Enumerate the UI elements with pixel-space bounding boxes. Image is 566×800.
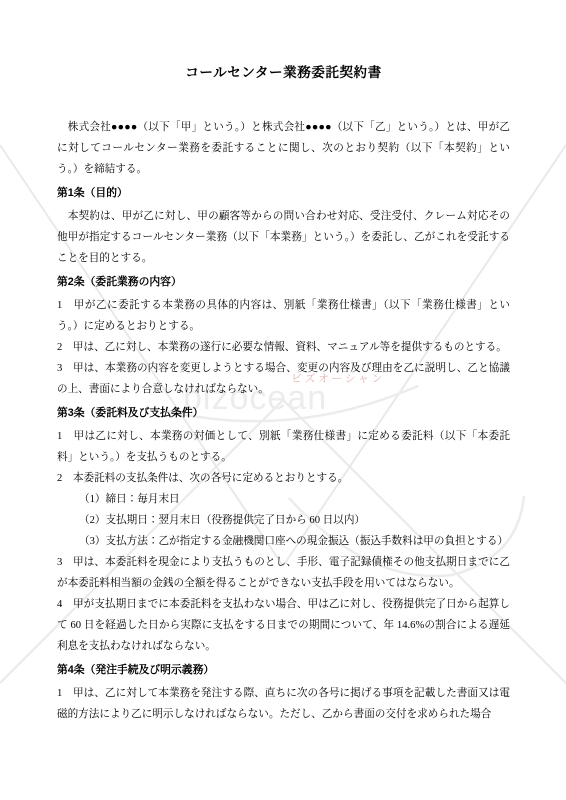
contract-title: コールセンター業務委託契約書 [57,62,510,83]
article-4-paragraph-1: 1 甲は、乙に対して本業務を発注する際、直ちに次の各号に掲げる事項を記載した書面… [57,683,510,725]
article-3-paragraph-4: 4 甲が支払期日までに本委託料を支払わない場合、甲は乙に対し、役務提供完了日から… [57,594,510,657]
article-3-paragraph-3: 3 甲は、本委託料を現金により支払うものとし、手形、電子記録債権その他支払期日ま… [57,552,510,594]
article-1-paragraph: 本契約は、甲が乙に対し、甲の顧客等からの問い合わせ対応、受注受付、クレーム対応そ… [57,206,510,269]
article-3-paragraph-1: 1 甲は乙に対し、本業務の対価として、別紙「業務仕様書」に定める委託料（以下「本… [57,426,510,468]
article-3-item-3: （3）支払方法：乙が指定する金融機関口座への現金振込（振込手数料は甲の負担とする… [57,531,510,552]
article-3-heading: 第3条（委託料及び支払条件） [57,403,510,424]
article-3-paragraph-2: 2 本委託料の支払条件は、次の各号に定めるとおりとする。 [57,468,510,489]
article-4-heading: 第4条（発注手続及び明示義務） [57,660,510,681]
contract-document-page: ビズオーシャン bizocean コールセンター業務委託契約書 株式会社●●●●… [0,0,566,800]
article-1-heading: 第1条（目的） [57,183,510,204]
contract-intro-paragraph: 株式会社●●●●（以下「甲」という。）と株式会社●●●●（以下「乙」という。）と… [57,117,510,180]
article-2-paragraph-1: 1 甲が乙に委託する本業務の具体的内容は、別紙「業務仕様書」（以下「業務仕様書」… [57,295,510,337]
article-3-item-2: （2）支払期日：翌月末日（役務提供完了日から 60 日以内） [57,510,510,531]
contract-body: コールセンター業務委託契約書 株式会社●●●●（以下「甲」という。）と株式会社●… [0,0,566,800]
article-2-paragraph-2: 2 甲は、乙に対し、本業務の遂行に必要な情報、資料、マニュアル等を提供するものと… [57,337,510,358]
article-2-heading: 第2条（委託業務の内容） [57,272,510,293]
article-3-item-1: （1）締日：毎月末日 [57,489,510,510]
article-2-paragraph-3: 3 甲は、本業務の内容を変更しようとする場合、変更の内容及び理由を乙に説明し、乙… [57,358,510,400]
